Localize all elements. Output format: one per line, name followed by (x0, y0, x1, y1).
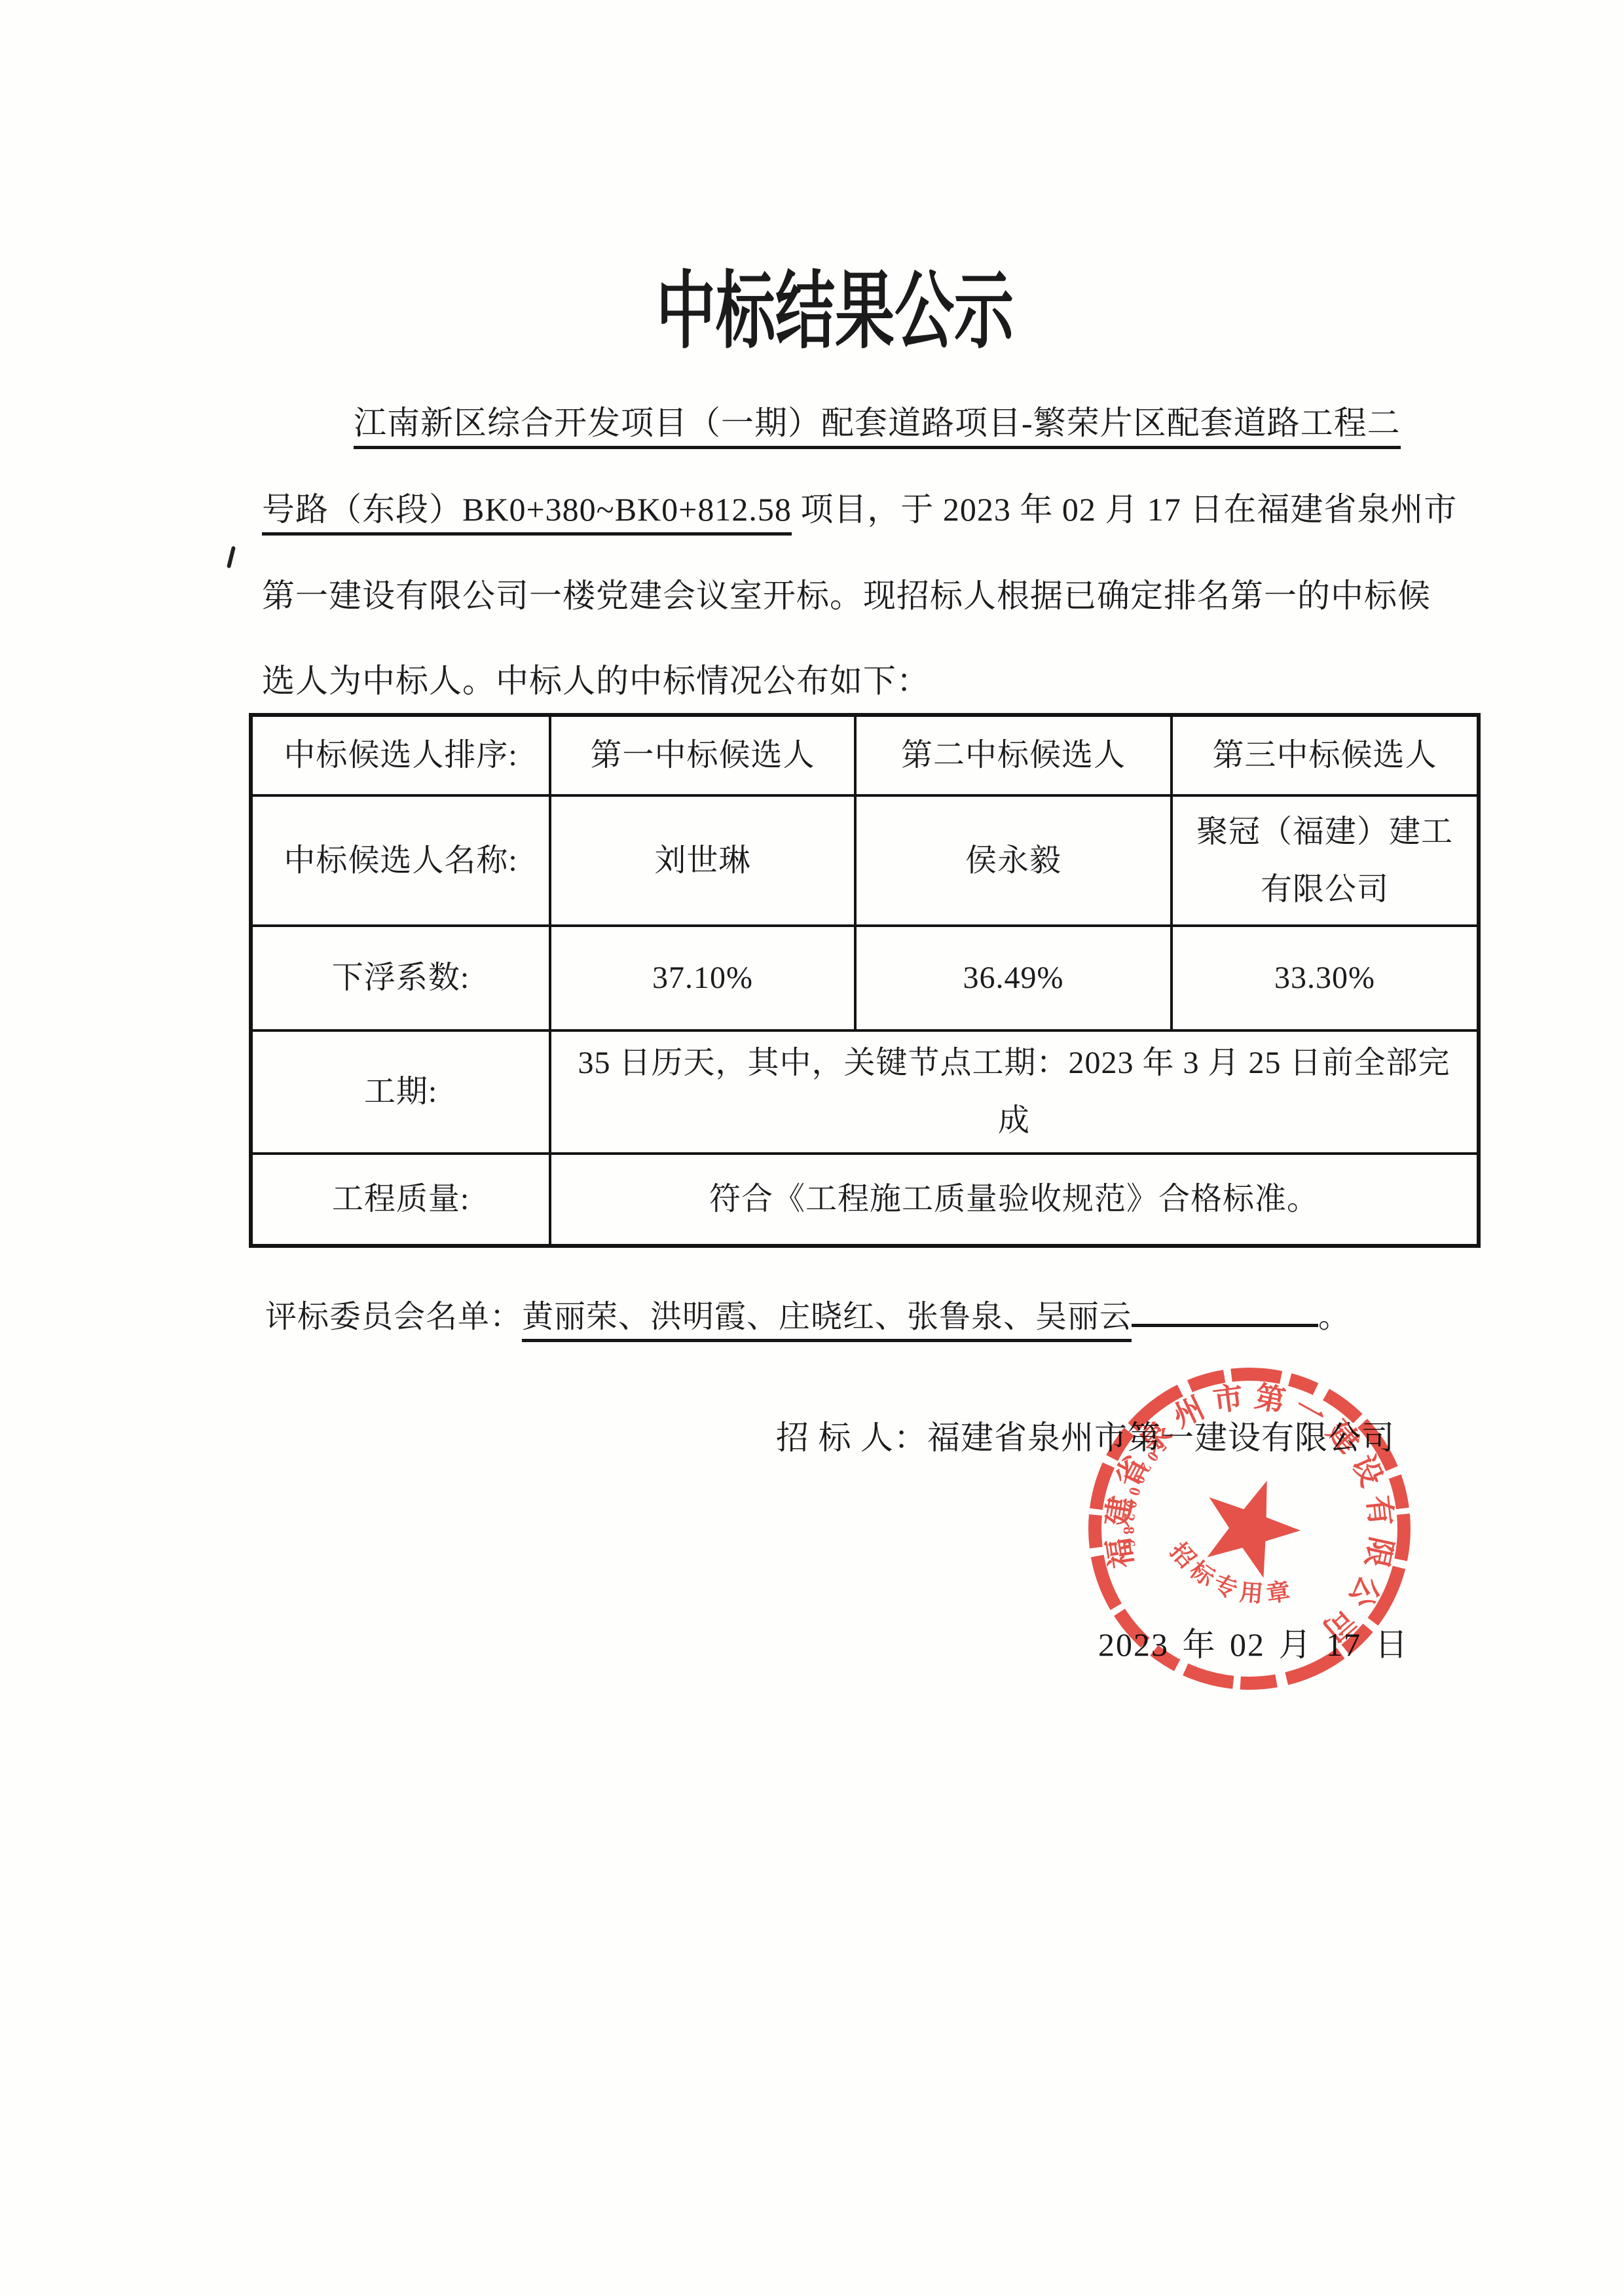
first-candidate-rate: 37.10% (550, 926, 855, 1030)
table-row-header: 中标候选人排序: 第一中标候选人 第二中标候选人 第三中标候选人 (251, 715, 1479, 795)
table-row-names: 中标候选人名称: 刘世琳 侯永毅 聚冠（福建）建工有限公司 (251, 795, 1479, 926)
bid-result-table: 中标候选人排序: 第一中标候选人 第二中标候选人 第三中标候选人 中标候选人名称… (249, 713, 1481, 1248)
scanned-document-page: 中标结果公示 江南新区综合开发项目（一期）配套道路项目-繁荣片区配套道路工程二 … (0, 0, 1624, 2296)
paragraph-line-1: 江南新区综合开发项目（一期）配套道路项目-繁荣片区配套道路工程二 (354, 397, 1401, 444)
name-row-label: 中标候选人名称: (251, 795, 550, 926)
header-first-candidate: 第一中标候选人 (550, 715, 855, 795)
committee-period: 。 (1318, 1300, 1350, 1334)
rate-row-label: 下浮系数: (251, 926, 550, 1030)
first-candidate-name: 刘世琳 (550, 795, 855, 926)
header-second-candidate: 第二中标候选人 (855, 715, 1172, 795)
duration-row-label: 工期: (251, 1030, 550, 1154)
company-seal-stamp: 福建省泉州市第一建设有限公司 502000286 招标专用章 (1076, 1355, 1423, 1702)
third-candidate-rate: 33.30% (1172, 926, 1479, 1030)
table-row-rates: 下浮系数: 37.10% 36.49% 33.30% (251, 926, 1479, 1030)
header-rank-label: 中标候选人排序: (251, 715, 550, 795)
second-candidate-rate: 36.49% (855, 926, 1172, 1030)
quality-value: 符合《工程施工质量验收规范》合格标准。 (550, 1154, 1479, 1246)
header-third-candidate: 第三中标候选人 (1172, 715, 1479, 795)
table-row-quality: 工程质量: 符合《工程施工质量验收规范》合格标准。 (251, 1154, 1479, 1246)
quality-row-label: 工程质量: (251, 1154, 550, 1246)
committee-line: 评标委员会名单：黄丽荣、洪明霞、庄晓红、张鲁泉、吴丽云。 (265, 1291, 1350, 1336)
paragraph-line-4: 选人为中标人。中标人的中标情况公布如下： (262, 655, 930, 702)
table-row-duration: 工期: 35 日历天，其中，关键节点工期：2023 年 3 月 25 日前全部完… (251, 1030, 1479, 1154)
paragraph-line-3: 第一建设有限公司一楼党建会议室开标。现招标人根据已确定排名第一的中标候 (262, 570, 1431, 617)
duration-value: 35 日历天，其中，关键节点工期：2023 年 3 月 25 日前全部完成 (550, 1030, 1479, 1154)
second-candidate-name: 侯永毅 (855, 795, 1172, 926)
stray-pen-mark (227, 546, 236, 568)
paragraph-line-2: 号路（东段）BK0+380~BK0+812.58 项目，于 2023 年 02 … (262, 483, 1457, 530)
committee-blank-underline (1132, 1319, 1318, 1327)
project-name-part1: 江南新区综合开发项目（一期）配套道路项目-繁荣片区配套道路工程二 (354, 405, 1401, 449)
bidder-label: 招 标 人： (776, 1419, 927, 1456)
committee-names: 黄丽荣、洪明霞、庄晓红、张鲁泉、吴丽云 (522, 1300, 1132, 1342)
document-title: 中标结果公示 (656, 244, 1014, 365)
third-candidate-name: 聚冠（福建）建工有限公司 (1172, 795, 1479, 926)
committee-label: 评标委员会名单： (265, 1300, 522, 1334)
project-name-part2: 号路（东段）BK0+380~BK0+812.58 (262, 491, 792, 536)
paragraph-line2-rest: 项目，于 2023 年 02 月 17 日在福建省泉州市 (792, 491, 1458, 528)
